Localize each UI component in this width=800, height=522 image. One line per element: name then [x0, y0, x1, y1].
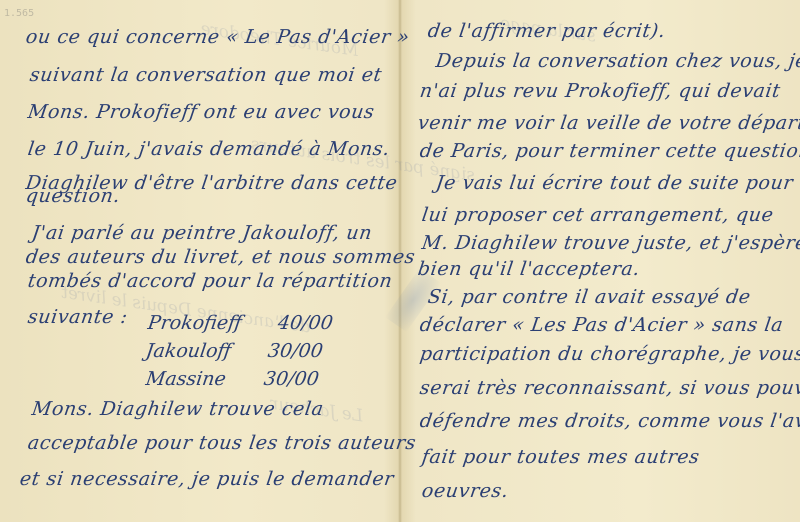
letter-line: acceptable pour tous les trois auteurs	[26, 432, 417, 454]
letter-line: tombés d'accord pour la répartition	[26, 270, 394, 292]
letter-line: serai très reconnaissant, si vous pouvez	[418, 377, 800, 399]
letter-line: de Paris, pour terminer cette question.	[418, 140, 800, 162]
author-name: Jakouloff	[144, 340, 232, 362]
letter-line: ou ce qui concerne « Le Pas d'Acier »	[24, 26, 411, 48]
letter-line: oeuvres.	[420, 480, 510, 502]
letter-line: J'ai parlé au peintre Jakouloff, un	[30, 222, 373, 244]
letter-line: le 10 Juin, j'avais demandé à Mons.	[26, 138, 391, 160]
letter-line: participation du chorégraphe, je vous	[418, 343, 800, 365]
letter-line: de l'affirmer par écrit).	[426, 20, 667, 42]
letter-line: bien qu'il l'acceptera.	[416, 258, 641, 280]
letter-line: défendre mes droits, comme vous l'avez	[418, 410, 800, 432]
author-share: 30/00	[262, 368, 320, 390]
letter-line: Mons. Diaghilew trouve cela	[30, 398, 325, 420]
letter-line: lui proposer cet arrangement, que	[420, 204, 775, 226]
author-name: Massine	[144, 368, 227, 390]
letter-line: n'ai plus revu Prokofieff, qui devait	[418, 80, 782, 102]
left-page: 1.565 ou ce qui concerne « Le Pas d'Acie…	[0, 0, 398, 522]
letter-line: Mons. Prokofieff ont eu avec vous	[26, 101, 376, 123]
letter-line: et si necessaire, je puis le demander	[18, 468, 395, 490]
letter-line: déclarer « Les Pas d'Acier » sans la	[418, 314, 784, 336]
letter-line: suivant la conversation que moi et	[28, 64, 383, 86]
letter-line: venir me voir la veille de votre départ	[416, 112, 800, 134]
letter-line: M. Diaghilew trouve juste, et j'espère	[420, 232, 800, 254]
letter-spread: Mourice Theodore signé par les trois aut…	[0, 0, 800, 522]
letter-line: Si, par contre il avait essayé de	[426, 286, 752, 308]
letter-line: suivante :	[26, 306, 129, 328]
letter-line: question.	[24, 185, 121, 207]
letter-line: des auteurs du livret, et nous sommes	[24, 246, 416, 268]
letter-line: fait pour toutes mes autres	[420, 446, 701, 468]
author-name: Prokofieff	[146, 312, 243, 334]
right-page: de l'affirmer par écrit). Depuis la conv…	[402, 0, 800, 522]
author-share: 40/00	[276, 312, 334, 334]
letter-line: Je vais lui écrire tout de suite pour	[434, 172, 794, 194]
author-share: 30/00	[266, 340, 324, 362]
letter-line: Depuis la conversation chez vous, je	[434, 50, 800, 72]
archive-number: 1.565	[4, 8, 34, 19]
